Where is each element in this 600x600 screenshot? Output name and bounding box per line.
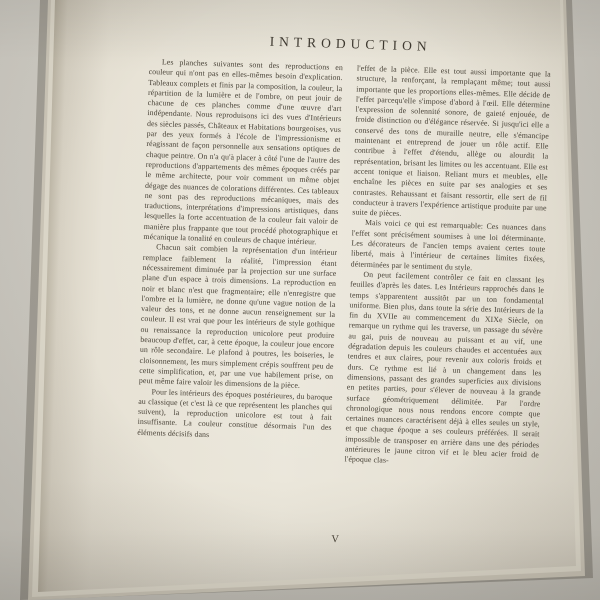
- paragraph: Les planches suivantes sont des reproduc…: [143, 57, 343, 248]
- paragraph: Chacun sait combien la représentation d'…: [139, 242, 337, 392]
- text-columns: Les planches suivantes sont des reproduc…: [137, 57, 551, 471]
- paragraph: Pour les intérieurs des époques postérie…: [137, 386, 333, 444]
- printed-content: INTRODUCTION Les planches suivantes sont…: [132, 30, 551, 600]
- paragraph: Mais voici ce qui est remarquable: Ces n…: [351, 218, 547, 276]
- page-number: V: [134, 528, 536, 552]
- paragraph: On peut facilement contrôler ce fait en …: [344, 269, 544, 471]
- text-column-right: l'effet de la pièce. Elle est tout aussi…: [344, 64, 551, 471]
- text-column-left: Les planches suivantes sont des reproduc…: [137, 57, 344, 464]
- book-photo: INTRODUCTION Les planches suivantes sont…: [0, 0, 600, 600]
- paragraph: l'effet de la pièce. Elle est tout aussi…: [352, 64, 551, 224]
